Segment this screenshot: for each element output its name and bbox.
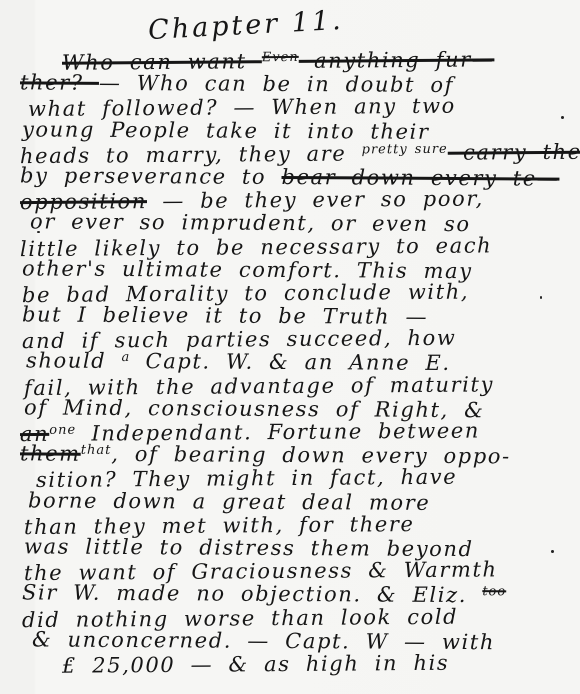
text-segment: young People take it into their (22, 117, 430, 143)
text-segment: — be they ever so poor, (147, 187, 484, 214)
text-segment: Sir W. made no objection. & Eliz. (22, 581, 482, 608)
ink-speck (37, 231, 40, 233)
manuscript-line: or ever so imprudent, or even so (0, 211, 580, 238)
manuscript-line: Sir W. made no objection. & Eliz. too (0, 582, 580, 609)
struck-segment: them (20, 442, 81, 466)
manuscript-page: Chapter 11. Who can want Even anything f… (0, 0, 580, 694)
struck-segment: carry their point to. (448, 138, 580, 164)
inserted-struck-word: Even (262, 50, 299, 65)
ink-speck (70, 660, 72, 662)
ink-speck (540, 296, 542, 299)
manuscript-line: £ 25,000 — & as high in his (0, 651, 580, 679)
text-segment: by perseverance to (20, 163, 282, 189)
text-segment: but I believe it to be Truth — (22, 302, 428, 328)
text-segment: should (26, 349, 122, 374)
text-segment: & unconcerned. — Capt. W — with (32, 627, 495, 654)
chapter-title: Chapter 11. (147, 5, 344, 46)
ink-speck (551, 550, 554, 553)
text-segment: other's ultimate comfort. This may (22, 256, 473, 283)
struck-segment: anything fur— (299, 47, 495, 73)
text-segment: or ever so imprudent, or even so (30, 210, 471, 237)
text-segment: of Mind, consciousness of Right, & (24, 395, 485, 422)
text-segment: Capt. W. & an Anne E. (130, 349, 451, 375)
inserted-struck-word: too (482, 584, 506, 599)
inserted-word: one (49, 423, 76, 438)
text-segment: was little to distress them beyond (24, 534, 474, 561)
text-segment: borne down a great deal more (28, 488, 430, 514)
inserted-word: a (121, 350, 130, 365)
inserted-word: pretty sure (362, 141, 448, 157)
inserted-word: that (81, 443, 112, 458)
manuscript-text-block: Who can want Even anything fur—ther? — W… (0, 50, 580, 676)
ink-speck (561, 116, 564, 119)
text-segment: £ 25,000 — & as high in his (62, 651, 449, 678)
struck-segment: ther? (20, 71, 99, 95)
